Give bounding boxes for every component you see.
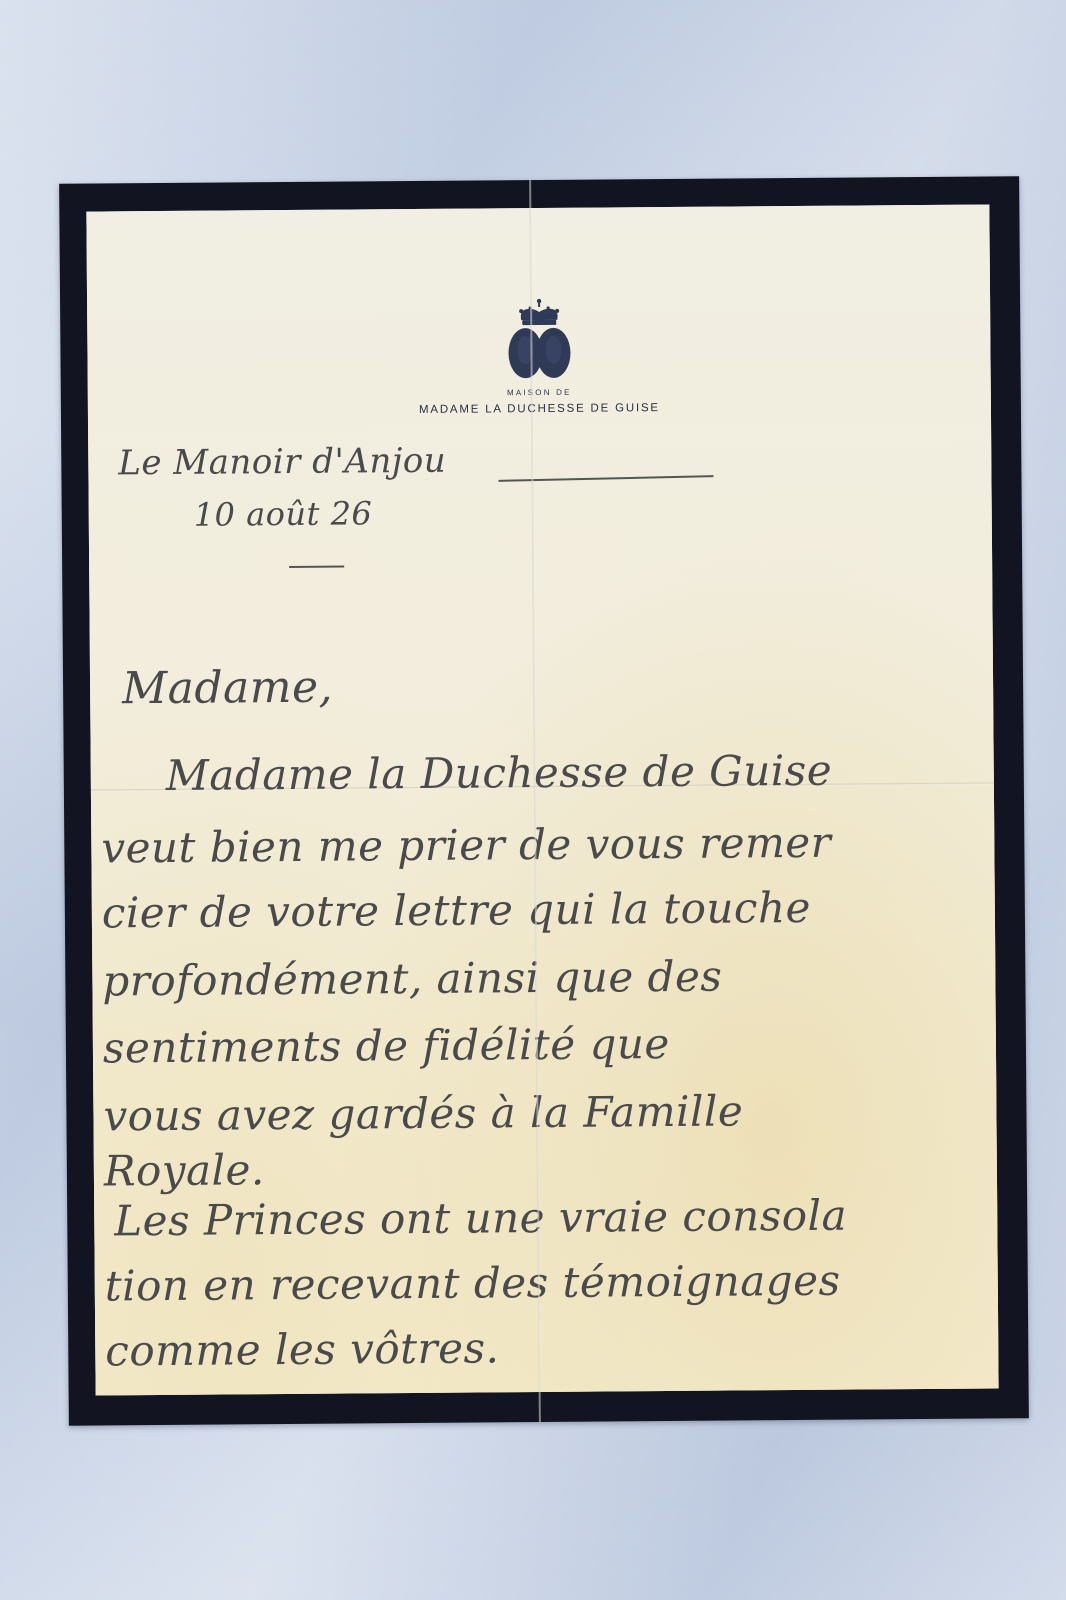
- body-line: veut bien me prier de vous remer: [101, 818, 831, 873]
- body-line: Royale.: [104, 1145, 265, 1195]
- body-line: Madame la Duchesse de Guise: [166, 746, 833, 800]
- body-line: sentiments de fidélité que: [103, 1019, 670, 1072]
- place-line: Le Manoir d'Anjou: [118, 441, 446, 484]
- mourning-border-letter: MAISON DE MADAME LA DUCHESSE DE GUISE Le…: [59, 176, 1029, 1426]
- letterhead-house-line: MAISON DE: [88, 384, 991, 400]
- body-line: cier de votre lettre qui la touche: [102, 883, 811, 938]
- letterhead: MAISON DE MADAME LA DUCHESSE DE GUISE: [87, 294, 991, 418]
- body-line: tion en recevant des témoignages: [105, 1256, 841, 1311]
- place-flourish: [498, 475, 713, 482]
- body-line: profondément, ainsi que des: [102, 952, 722, 1006]
- crown-crest-icon: [503, 298, 576, 381]
- body-line: comme les vôtres.: [105, 1323, 499, 1375]
- date-line: 10 août 26: [194, 494, 373, 533]
- date-dash: [289, 566, 344, 568]
- letter-paper: MAISON DE MADAME LA DUCHESSE DE GUISE Le…: [86, 204, 998, 1395]
- body-line: Les Princes ont une vraie consola: [114, 1191, 847, 1246]
- salutation: Madame,: [122, 662, 333, 715]
- letterhead-title: MADAME LA DUCHESSE DE GUISE: [88, 399, 991, 418]
- body-line: vous avez gardés à la Famille: [103, 1086, 743, 1140]
